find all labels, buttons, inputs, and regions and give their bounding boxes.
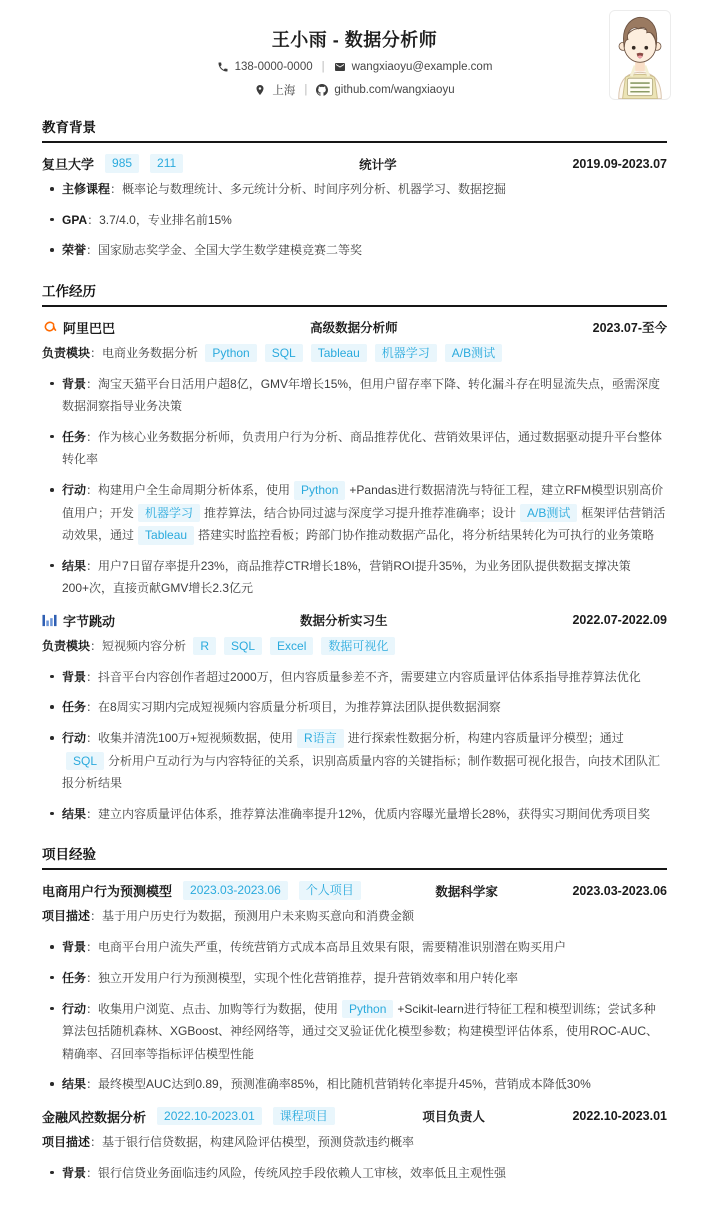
project-type-tag: 个人项目	[299, 881, 361, 900]
project-entry-left: 金融风控数据分析 2022.10-2023.01 课程项目	[42, 1107, 335, 1126]
text-segment: ：基于用户历史行为数据，预测用户未来购买意向和消费金额	[90, 909, 414, 923]
bullet-text: ：抖音平台内容创作者超过2000万，但内容质量参差不齐，需要建立内容质量评估体系…	[86, 670, 641, 684]
project-entry-2: 金融风控数据分析 2022.10-2023.01 课程项目 项目负责人 2022…	[42, 1107, 667, 1185]
avatar-illustration	[610, 11, 670, 99]
bullet-label: 行动	[62, 483, 86, 497]
project-title: 金融风控数据分析	[42, 1107, 146, 1126]
bullet-text: ：收集用户浏览、点击、加购等行为数据，使用Python+Scikit-learn…	[62, 1002, 658, 1061]
location-pin-icon	[254, 84, 266, 96]
skill-tag: R语言	[297, 729, 344, 748]
text-segment: ：银行信贷业务面临违约风险，传统风控手段依赖人工审核，效率低且主观性强	[86, 1166, 506, 1180]
email-address[interactable]: wangxiaoyu@example.com	[352, 61, 493, 73]
bullet-text: ：建立内容质量评估体系，推荐算法准确率提升12%，优质内容曝光量增长28%，获得…	[86, 807, 650, 821]
section-title-projects: 项目经验	[42, 843, 667, 870]
bullet-label: 任务	[62, 700, 86, 714]
education-date: 2019.09-2023.07	[572, 157, 667, 171]
text-segment: 推荐算法，结合协同过滤与深度学习提升推荐准确率；设计	[204, 506, 516, 520]
project-date: 2022.10-2023.01	[572, 1109, 667, 1123]
project-type-tag: 课程项目	[273, 1107, 335, 1126]
project-date-tag: 2023.03-2023.06	[183, 881, 288, 900]
job-entry-head: 字节跳动 数据分析实习生 2022.07-2022.09	[42, 611, 667, 630]
text-segment: ：3.7/4.0，专业排名前15%	[87, 213, 232, 227]
text-segment: ：建立内容质量评估体系，推荐算法准确率提升12%，优质内容曝光量增长28%，获得…	[86, 807, 650, 821]
school-name: 复旦大学	[42, 154, 94, 173]
text-segment: ：国家励志奖学金、全国大学生数学建模竞赛二等奖	[86, 243, 362, 257]
list-item: 背景：电商平台用户流失严重，传统营销方式成本高昂且效果有限，需要精准识别潜在购买…	[42, 936, 667, 959]
text-segment: ：短视频内容分析	[90, 639, 189, 653]
skill-tag: SQL	[265, 344, 303, 363]
text-segment: ：收集并清洗100万+短视频数据，使用	[86, 731, 293, 745]
list-item: 结果：最终模型AUC达到0.89，预测准确率85%，相比随机营销转化率提升45%…	[42, 1073, 667, 1096]
location-text: 上海	[272, 82, 295, 98]
skill-tag: R	[193, 637, 216, 656]
list-item: 行动：收集并清洗100万+短视频数据，使用R语言进行探索性数据分析，构建内容质量…	[42, 727, 667, 795]
job-entry-bytedance: 字节跳动 数据分析实习生 2022.07-2022.09 负责模块：短视频内容分…	[42, 611, 667, 825]
list-item: 荣誉：国家励志奖学金、全国大学生数学建模竞赛二等奖	[42, 239, 667, 262]
bullet-text: ：概率论与数理统计、多元统计分析、时间序列分析、机器学习、数据挖掘	[110, 182, 506, 196]
project-role: 数据科学家	[361, 882, 573, 900]
bytedance-logo	[42, 613, 57, 628]
project-bullets: 背景：电商平台用户流失严重，传统营销方式成本高昂且效果有限，需要精准识别潜在购买…	[42, 936, 667, 1095]
bullet-text: ：独立开发用户行为预测模型，实现个性化营销推荐，提升营销效率和用户转化率	[86, 971, 518, 985]
text-segment: ：收集用户浏览、点击、加购等行为数据，使用	[86, 1002, 338, 1016]
skill-tag: Python	[294, 481, 345, 500]
job-entry-left: 字节跳动	[42, 611, 115, 630]
company-name: 字节跳动	[63, 611, 115, 630]
company-name: 阿里巴巴	[63, 318, 115, 337]
text-segment: ：电商平台用户流失严重，传统营销方式成本高昂且效果有限，需要精准识别潜在购买用户	[86, 940, 566, 954]
module-label: 负责模块	[42, 346, 90, 360]
list-item: 背景：抖音平台内容创作者超过2000万，但内容质量参差不齐，需要建立内容质量评估…	[42, 666, 667, 689]
bullet-text: ：构建用户全生命周期分析体系，使用Python+Pandas进行数据清洗与特征工…	[62, 483, 665, 542]
resume-header: 王小雨 - 数据分析师 138-0000-0000 | wangxiaoyu@e…	[42, 12, 667, 98]
bullet-label: 任务	[62, 971, 86, 985]
avatar	[609, 10, 671, 100]
list-item: GPA：3.7/4.0，专业排名前15%	[42, 209, 667, 232]
project-entry-left: 电商用户行为预测模型 2023.03-2023.06 个人项目	[42, 881, 361, 900]
bullet-label: 背景	[62, 1166, 86, 1180]
skill-tag: SQL	[224, 637, 262, 656]
bullet-label: 荣誉	[62, 243, 86, 257]
skill-tag: SQL	[66, 752, 104, 771]
text-segment: ：最终模型AUC达到0.89，预测准确率85%，相比随机营销转化率提升45%，营…	[86, 1077, 591, 1091]
text-segment: ：用户7日留存率提升23%，商品推荐CTR增长18%，营销ROI提升35%，为业…	[62, 559, 631, 596]
bullet-label: 主修课程	[62, 182, 110, 196]
bullet-label: GPA	[62, 213, 87, 227]
list-item: 行动：构建用户全生命周期分析体系，使用Python+Pandas进行数据清洗与特…	[42, 479, 667, 547]
bullet-label: 结果	[62, 559, 86, 573]
mail-icon	[334, 61, 346, 73]
bullet-label: 行动	[62, 731, 86, 745]
skill-tag: 数据可视化	[321, 637, 395, 656]
project-role: 项目负责人	[335, 1107, 573, 1125]
job-role: 高级数据分析师	[115, 318, 593, 336]
list-item: 结果：建立内容质量评估体系，推荐算法准确率提升12%，优质内容曝光量增长28%，…	[42, 803, 667, 826]
list-item: 行动：收集用户浏览、点击、加购等行为数据，使用Python+Scikit-lea…	[42, 998, 667, 1066]
module-line: 负责模块：短视频内容分析 RSQLExcel数据可视化	[42, 635, 667, 657]
project-desc-text: ：基于银行信贷数据，构建风险评估模型，预测贷款违约概率	[90, 1135, 414, 1149]
bullet-text: ：最终模型AUC达到0.89，预测准确率85%，相比随机营销转化率提升45%，营…	[86, 1077, 591, 1091]
skill-tag: Tableau	[138, 526, 194, 545]
candidate-name: 王小雨 - 数据分析师	[42, 26, 667, 52]
project-desc-label: 项目描述	[42, 1135, 90, 1149]
text-segment: ：构建用户全生命周期分析体系，使用	[86, 483, 290, 497]
project-desc-line: 项目描述：基于用户历史行为数据，预测用户未来购买意向和消费金额	[42, 905, 667, 927]
module-content: ：电商业务数据分析 PythonSQLTableau机器学习A/B测试	[90, 346, 506, 360]
bullet-label: 任务	[62, 430, 86, 444]
module-line: 负责模块：电商业务数据分析 PythonSQLTableau机器学习A/B测试	[42, 342, 667, 364]
bullet-text: ：用户7日留存率提升23%，商品推荐CTR增长18%，营销ROI提升35%，为业…	[62, 559, 631, 596]
list-item: 任务：作为核心业务数据分析师，负责用户行为分析、商品推荐优化、营销效果评估，通过…	[42, 426, 667, 471]
text-segment: 分析用户互动行为与内容特征的关系，识别高质量内容的关键指标；制作数据可视化报告，…	[62, 754, 660, 791]
skill-tag: 机器学习	[138, 504, 200, 523]
job-bullets: 背景：淘宝天猫平台日活用户超8亿，GMV年增长15%，但用户留存率下降、转化漏斗…	[42, 373, 667, 600]
section-title-work: 工作经历	[42, 280, 667, 307]
text-segment: ：作为核心业务数据分析师，负责用户行为分析、商品推荐优化、营销效果评估，通过数据…	[62, 430, 662, 467]
project-title: 电商用户行为预测模型	[42, 881, 172, 900]
module-label: 负责模块	[42, 639, 90, 653]
bullet-label: 背景	[62, 377, 86, 391]
bullet-text: ：国家励志奖学金、全国大学生数学建模竞赛二等奖	[86, 243, 362, 257]
project-desc-label: 项目描述	[42, 909, 90, 923]
bullet-label: 结果	[62, 807, 86, 821]
education-entry-head: 复旦大学 985 211 统计学 2019.09-2023.07	[42, 154, 667, 173]
job-role: 数据分析实习生	[115, 611, 572, 629]
separator: |	[301, 84, 310, 96]
bullet-text: ：在8周实习期内完成短视频内容质量分析项目，为推荐算法团队提供数据洞察	[86, 700, 501, 714]
skill-tag: A/B测试	[520, 504, 577, 523]
bullet-text: ：3.7/4.0，专业排名前15%	[87, 213, 232, 227]
list-item: 任务：独立开发用户行为预测模型，实现个性化营销推荐，提升营销效率和用户转化率	[42, 967, 667, 990]
job-date: 2022.07-2022.09	[572, 613, 667, 627]
text-segment: ：在8周实习期内完成短视频内容质量分析项目，为推荐算法团队提供数据洞察	[86, 700, 501, 714]
text-segment: 搭建实时监控看板；跨部门协作推动数据产品化，将分析结果转化为可执行的业务策略	[198, 528, 654, 542]
education-major: 统计学	[183, 155, 572, 173]
bullet-text: ：淘宝天猫平台日活用户超8亿，GMV年增长15%，但用户留存率下降、转化漏斗存在…	[62, 377, 660, 414]
skill-tag: Tableau	[311, 344, 367, 363]
alibaba-logo	[42, 320, 57, 335]
list-item: 结果：用户7日留存率提升23%，商品推荐CTR增长18%，营销ROI提升35%，…	[42, 555, 667, 600]
skill-tag: Excel	[270, 637, 313, 656]
text-segment: ：基于银行信贷数据，构建风险评估模型，预测贷款违约概率	[90, 1135, 414, 1149]
project-entry-1: 电商用户行为预测模型 2023.03-2023.06 个人项目 数据科学家 20…	[42, 881, 667, 1095]
text-segment: ：电商业务数据分析	[90, 346, 201, 360]
job-bullets: 背景：抖音平台内容创作者超过2000万，但内容质量参差不齐，需要建立内容质量评估…	[42, 666, 667, 825]
job-entry-alibaba: 阿里巴巴 高级数据分析师 2023.07-至今 负责模块：电商业务数据分析 Py…	[42, 318, 667, 600]
text-segment: 进行探索性数据分析，构建内容质量评分模型；通过	[348, 731, 624, 745]
text-segment: ：抖音平台内容创作者超过2000万，但内容质量参差不齐，需要建立内容质量评估体系…	[86, 670, 641, 684]
project-entry-head: 电商用户行为预测模型 2023.03-2023.06 个人项目 数据科学家 20…	[42, 881, 667, 900]
project-date-tag: 2022.10-2023.01	[157, 1107, 262, 1126]
bullet-label: 背景	[62, 940, 86, 954]
project-desc-line: 项目描述：基于银行信贷数据，构建风险评估模型，预测贷款违约概率	[42, 1131, 667, 1153]
job-entry-left: 阿里巴巴	[42, 318, 115, 337]
list-item: 任务：在8周实习期内完成短视频内容质量分析项目，为推荐算法团队提供数据洞察	[42, 696, 667, 719]
contact-line-2: 上海 | github.com/wangxiaoyu	[42, 82, 667, 98]
education-entry-left: 复旦大学 985 211	[42, 154, 183, 173]
school-tag: 211	[150, 154, 183, 173]
skill-tag: Python	[342, 1000, 393, 1019]
contact-line-1: 138-0000-0000 | wangxiaoyu@example.com	[42, 61, 667, 73]
separator: |	[319, 61, 328, 73]
github-url[interactable]: github.com/wangxiaoyu	[334, 84, 454, 96]
education-bullets: 主修课程：概率论与数理统计、多元统计分析、时间序列分析、机器学习、数据挖掘 GP…	[42, 178, 667, 262]
text-segment: ：淘宝天猫平台日活用户超8亿，GMV年增长15%，但用户留存率下降、转化漏斗存在…	[62, 377, 660, 414]
text-segment: ：独立开发用户行为预测模型，实现个性化营销推荐，提升营销效率和用户转化率	[86, 971, 518, 985]
bullet-text: ：收集并清洗100万+短视频数据，使用R语言进行探索性数据分析，构建内容质量评分…	[62, 731, 660, 790]
bullet-label: 行动	[62, 1002, 86, 1016]
skill-tag: A/B测试	[445, 344, 502, 363]
project-bullets: 背景：银行信贷业务面临违约风险，传统风控手段依赖人工审核，效率低且主观性强	[42, 1162, 667, 1185]
skill-tag: 机器学习	[375, 344, 437, 363]
bullet-text: ：银行信贷业务面临违约风险，传统风控手段依赖人工审核，效率低且主观性强	[86, 1166, 506, 1180]
skill-tag: Python	[205, 344, 256, 363]
job-date: 2023.07-至今	[593, 318, 667, 336]
list-item: 背景：银行信贷业务面临违约风险，传统风控手段依赖人工审核，效率低且主观性强	[42, 1162, 667, 1185]
list-item: 主修课程：概率论与数理统计、多元统计分析、时间序列分析、机器学习、数据挖掘	[42, 178, 667, 201]
bullet-text: ：电商平台用户流失严重，传统营销方式成本高昂且效果有限，需要精准识别潜在购买用户	[86, 940, 566, 954]
module-content: ：短视频内容分析 RSQLExcel数据可视化	[90, 639, 399, 653]
bullet-label: 结果	[62, 1077, 86, 1091]
phone-icon	[217, 61, 229, 73]
school-tag: 985	[105, 154, 139, 173]
section-title-education: 教育背景	[42, 116, 667, 143]
resume-page: 王小雨 - 数据分析师 138-0000-0000 | wangxiaoyu@e…	[0, 0, 709, 1212]
project-date: 2023.03-2023.06	[572, 884, 667, 898]
job-entry-head: 阿里巴巴 高级数据分析师 2023.07-至今	[42, 318, 667, 337]
text-segment: ：概率论与数理统计、多元统计分析、时间序列分析、机器学习、数据挖掘	[110, 182, 506, 196]
github-icon	[316, 84, 328, 96]
project-entry-head: 金融风控数据分析 2022.10-2023.01 课程项目 项目负责人 2022…	[42, 1107, 667, 1126]
list-item: 背景：淘宝天猫平台日活用户超8亿，GMV年增长15%，但用户留存率下降、转化漏斗…	[42, 373, 667, 418]
bullet-text: ：作为核心业务数据分析师，负责用户行为分析、商品推荐优化、营销效果评估，通过数据…	[62, 430, 662, 467]
project-desc-text: ：基于用户历史行为数据，预测用户未来购买意向和消费金额	[90, 909, 414, 923]
bullet-label: 背景	[62, 670, 86, 684]
phone-number: 138-0000-0000	[235, 61, 313, 73]
